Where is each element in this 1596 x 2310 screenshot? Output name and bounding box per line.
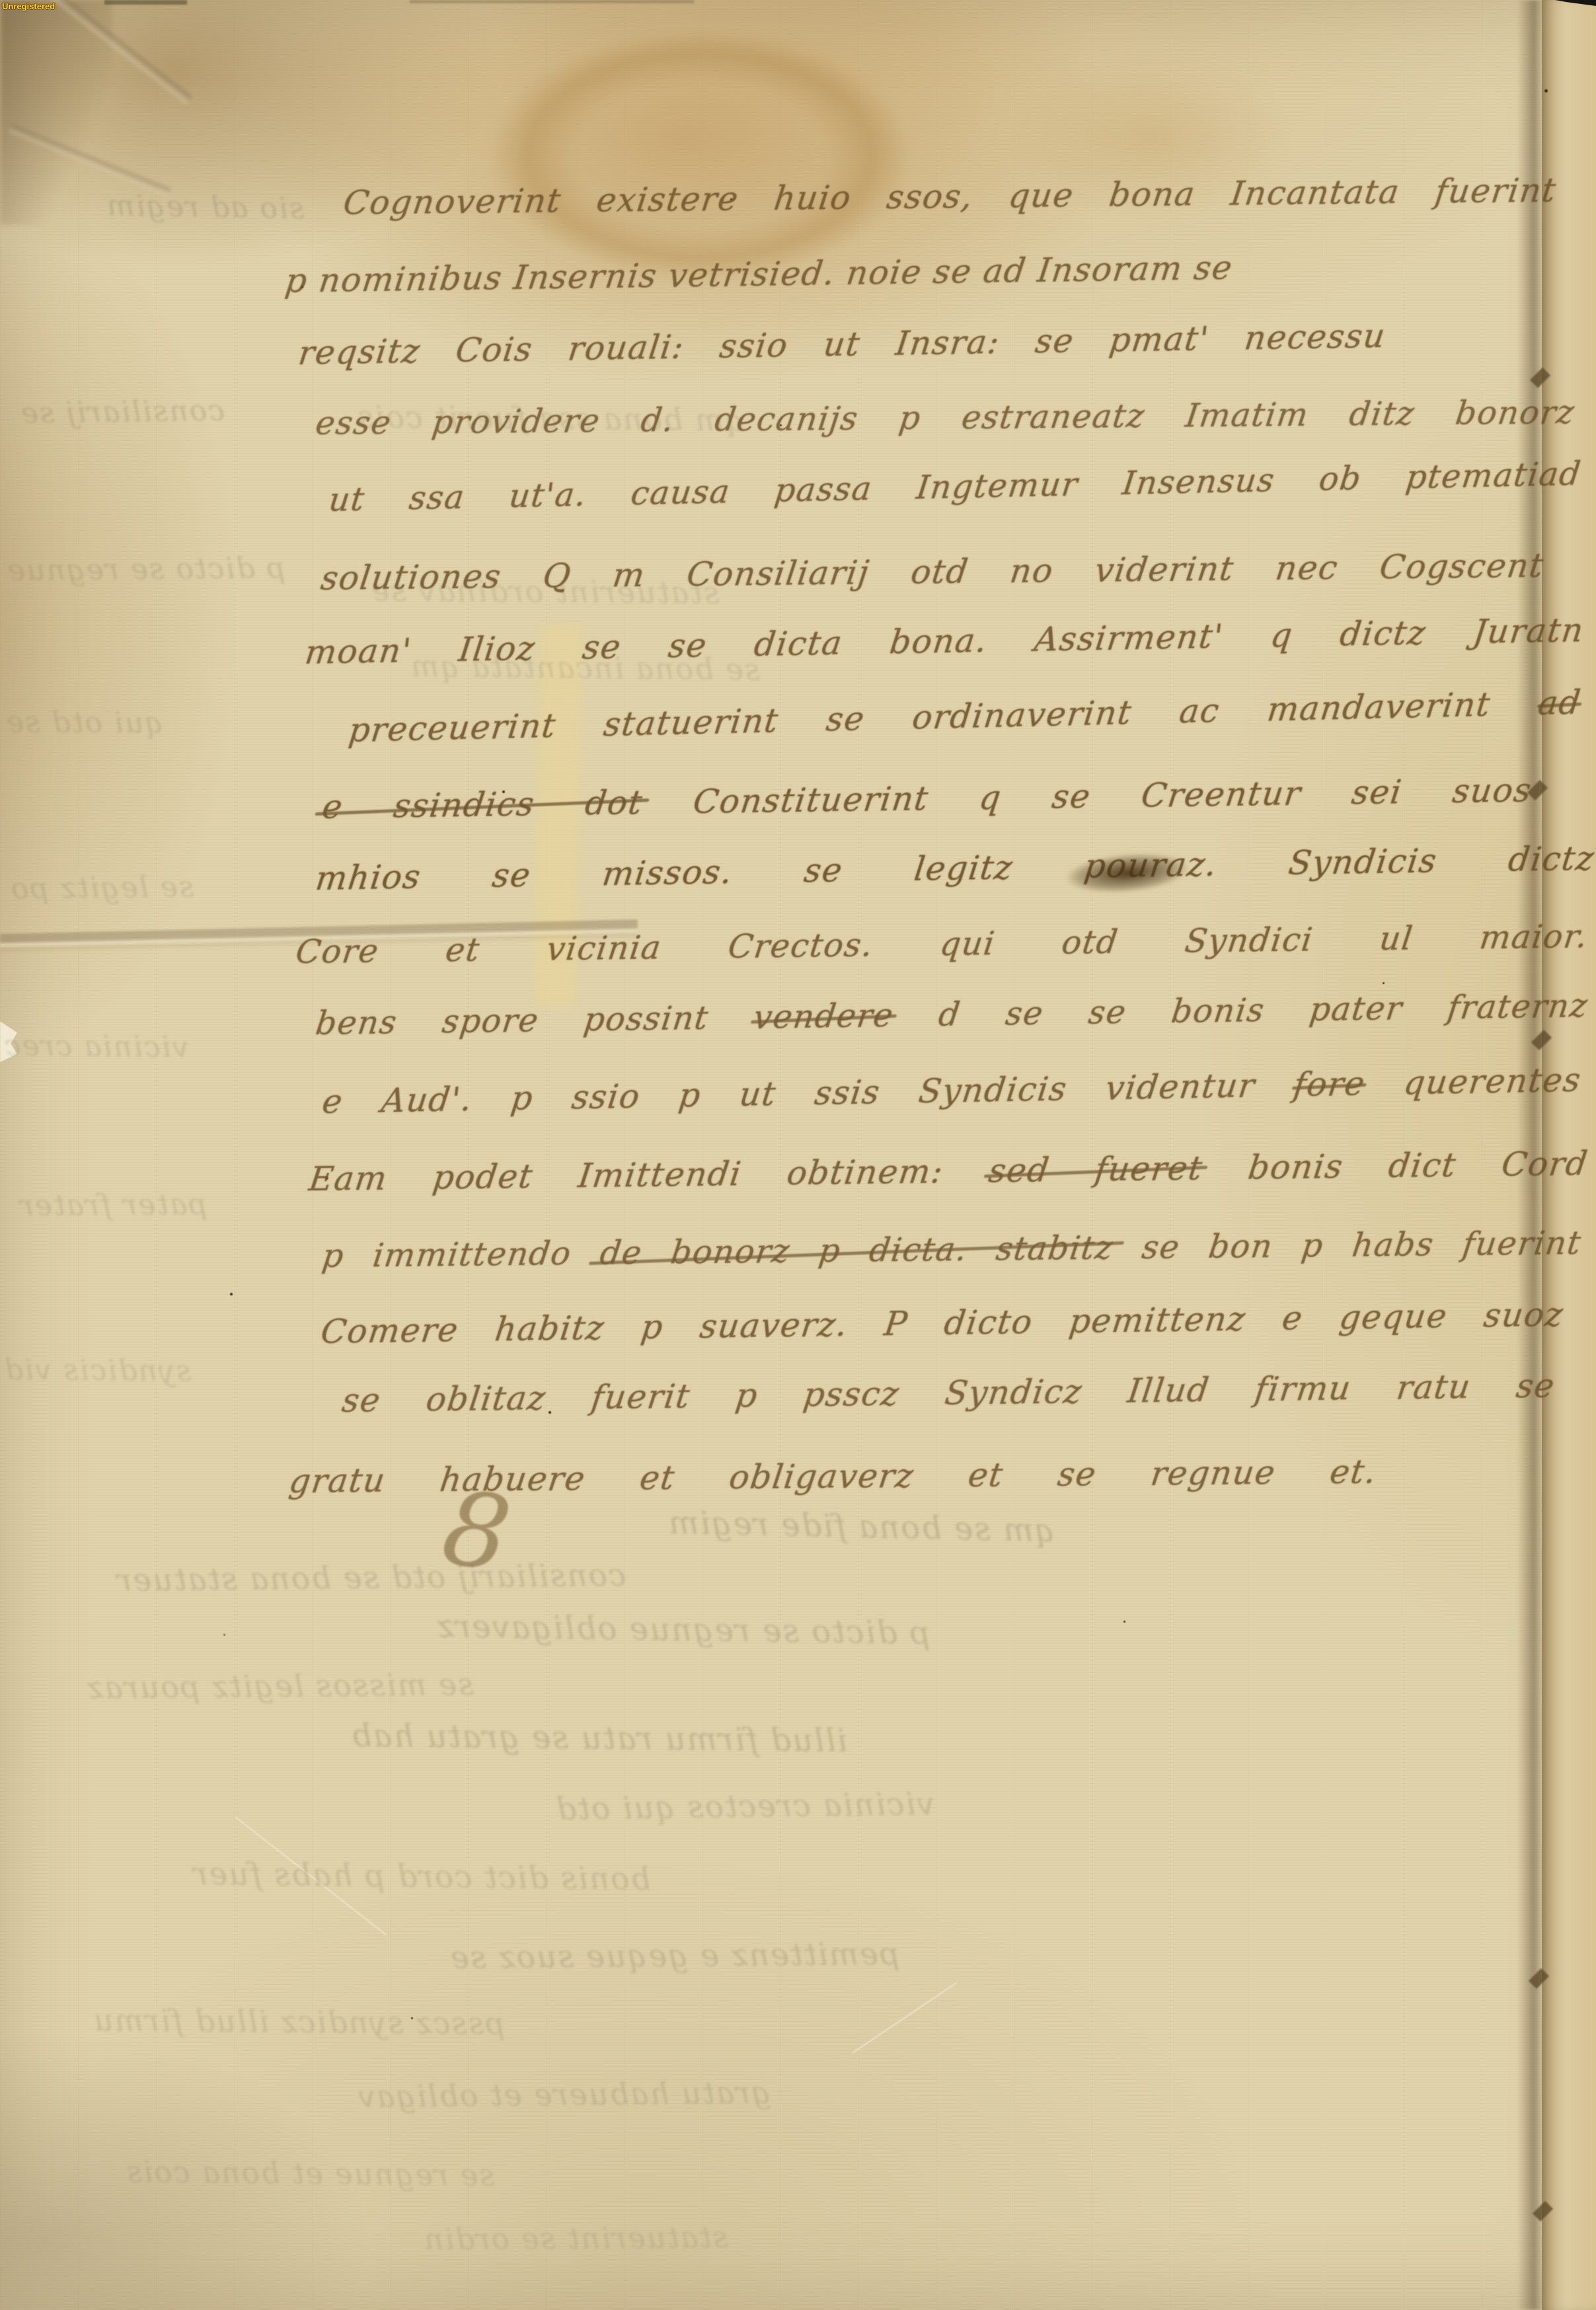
manuscript-line: p nominibus Insernis vetrisied. noie se … [283, 249, 1209, 300]
handwritten-text: querentes [1402, 1061, 1583, 1102]
bleedthrough-line: statuerint se ordin [423, 2219, 728, 2256]
bleedthrough-line: gratu habuere et obligav [357, 2075, 771, 2115]
handwritten-text: e Aud'. p ssio p ut ssis Syndicis vident… [320, 1066, 1258, 1121]
top-edge-mark [410, 0, 694, 3]
handwritten-text: Cognoverint existere huio ssos, que bona… [341, 171, 1558, 222]
struck-out-text: sed fueret [987, 1149, 1205, 1190]
manuscript-page: sio ad regim qm bona ssa fuerit cois con… [0, 0, 1596, 2310]
handwritten-text: ut ssa ut'a. causa passa Ingtemur Insens… [327, 455, 1583, 519]
manuscript-line: solutiones Q m Consiliarij otd no videri… [319, 547, 1546, 597]
bleedthrough-line: se regnue et bona cois [126, 2154, 495, 2193]
bleedthrough-line: bonis dict cord p habs fuer [192, 1856, 651, 1898]
manuscript-line: moan' Ilioz se se dicta bona. Assirment'… [303, 611, 1586, 672]
handwritten-text: moan' Ilioz se se dicta bona. Assirment'… [303, 611, 1586, 672]
manuscript-line: e Aud'. p ssio p ut ssis Syndicis vident… [320, 1061, 1583, 1121]
handwritten-text: mhios se missos. se legitz pouraz. Syndi… [313, 839, 1596, 898]
bleedthrough-line: psscz syndicz illud firmu [93, 2002, 506, 2041]
bleedthrough-line: qm se bona fide regim [667, 1504, 1055, 1549]
corner-fold-streak [30, 0, 192, 104]
manuscript-line: Cognoverint existere huio ssos, que bona… [341, 171, 1558, 222]
handwritten-text: p nominibus Insernis vetrisied. noie se … [283, 249, 1235, 300]
manuscript-line: Eam podet Imittendi obtinem: sed fueret … [307, 1144, 1590, 1198]
struck-out-text: vendere [751, 997, 896, 1036]
manuscript-line: mhios se missos. se legitz pouraz. Syndi… [313, 839, 1596, 898]
manuscript-line: ut ssa ut'a. causa passa Ingtemur Insens… [327, 455, 1583, 519]
manuscript-line: p immittendo de bonorz p dicta. stabitz … [320, 1224, 1583, 1275]
bleedthrough-line: p dicto se regnue obligaverz [436, 1608, 931, 1652]
handwritten-text: bonis dict Cord [1246, 1144, 1590, 1186]
struck-out-text: ad [1536, 683, 1583, 723]
handwritten-text: reqsitz Cois rouali: ssio ut Insra: se p… [296, 317, 1388, 372]
manuscript-line: se oblitaz fuerit p psscz Syndicz Illud … [340, 1367, 1557, 1420]
bleedthrough-line: se missos legitz pouraz [86, 1666, 474, 1705]
top-edge-mark [104, 0, 187, 5]
paper-speck [1123, 1621, 1125, 1623]
handwritten-text: Comere habitz p suaverz. P dicto pemitte… [319, 1295, 1566, 1351]
manuscript-line: bens spore possint vendere d se se bonis… [313, 987, 1590, 1042]
handwritten-text: bens spore possint [313, 999, 711, 1042]
corner-fold-streak [9, 124, 171, 196]
struck-out-text: fore [1291, 1064, 1367, 1104]
handwritten-text: Core et vicinia Crectos. qui otd Syndici… [293, 917, 1590, 971]
bleedthrough-line: pemittenz e geque suoz se [449, 1936, 900, 1976]
bleedthrough-line: pater frater [19, 1188, 208, 1223]
handwritten-text: se bon p habs fuerint [1140, 1224, 1584, 1266]
bleedthrough-line: qui otd se [5, 705, 164, 740]
paper-speck [230, 1293, 233, 1295]
manuscript-line: preceuerint statuerint se ordinaverint a… [347, 683, 1583, 750]
handwritten-text: Constituerint q se Creentur sei suos [691, 771, 1535, 821]
handwritten-text: solutiones Q m Consiliarij otd no videri… [319, 547, 1546, 597]
struck-out-text: e ssindics dot [320, 783, 645, 826]
bleedthrough-line: vicinia crectos qui otd [555, 1786, 935, 1828]
bleedthrough-line: illud firmu ratu se gratu hab [350, 1717, 848, 1759]
bleedthrough-line: consiliarij se [20, 394, 225, 430]
unregistered-watermark: Unregistered [2, 1, 55, 11]
bleedthrough-line: consiliarij otd se bona statuer [116, 1557, 627, 1599]
corner-damage [0, 0, 112, 225]
manuscript-line: e ssindics dot Constituerint q se Creent… [320, 771, 1534, 826]
bleedthrough-line: sio ad regim [106, 188, 305, 225]
handwritten-text: d se se bonis pater fraternz [936, 987, 1590, 1034]
bleedthrough-line: p dicto se regnue [7, 551, 285, 588]
bleedthrough-line: vicinia crec [3, 1029, 189, 1064]
handwritten-text: preceuerint statuerint se ordinaverint a… [347, 685, 1493, 750]
bleedthrough-line: syndicis vid [3, 1353, 192, 1388]
paper-speck [1383, 982, 1385, 984]
manuscript-line: reqsitz Cois rouali: ssio ut Insra: se p… [296, 317, 1388, 372]
struck-out-text: de bonorz p dicta. stabitz [598, 1229, 1116, 1272]
handwritten-text: Eam podet Imittendi obtinem: [307, 1152, 946, 1198]
bleedthrough-line: se legitz po [10, 870, 194, 906]
handwritten-text: se oblitaz fuerit p psscz Syndicz Illud … [340, 1367, 1557, 1420]
manuscript-line: Comere habitz p suaverz. P dicto pemitte… [319, 1295, 1566, 1351]
scratch-line [852, 1982, 957, 2054]
manuscript-line: Core et vicinia Crectos. qui otd Syndici… [293, 917, 1590, 971]
paper-speck [223, 1634, 225, 1636]
handwritten-text: p immittendo [320, 1235, 574, 1275]
paper-speck [1544, 89, 1548, 93]
